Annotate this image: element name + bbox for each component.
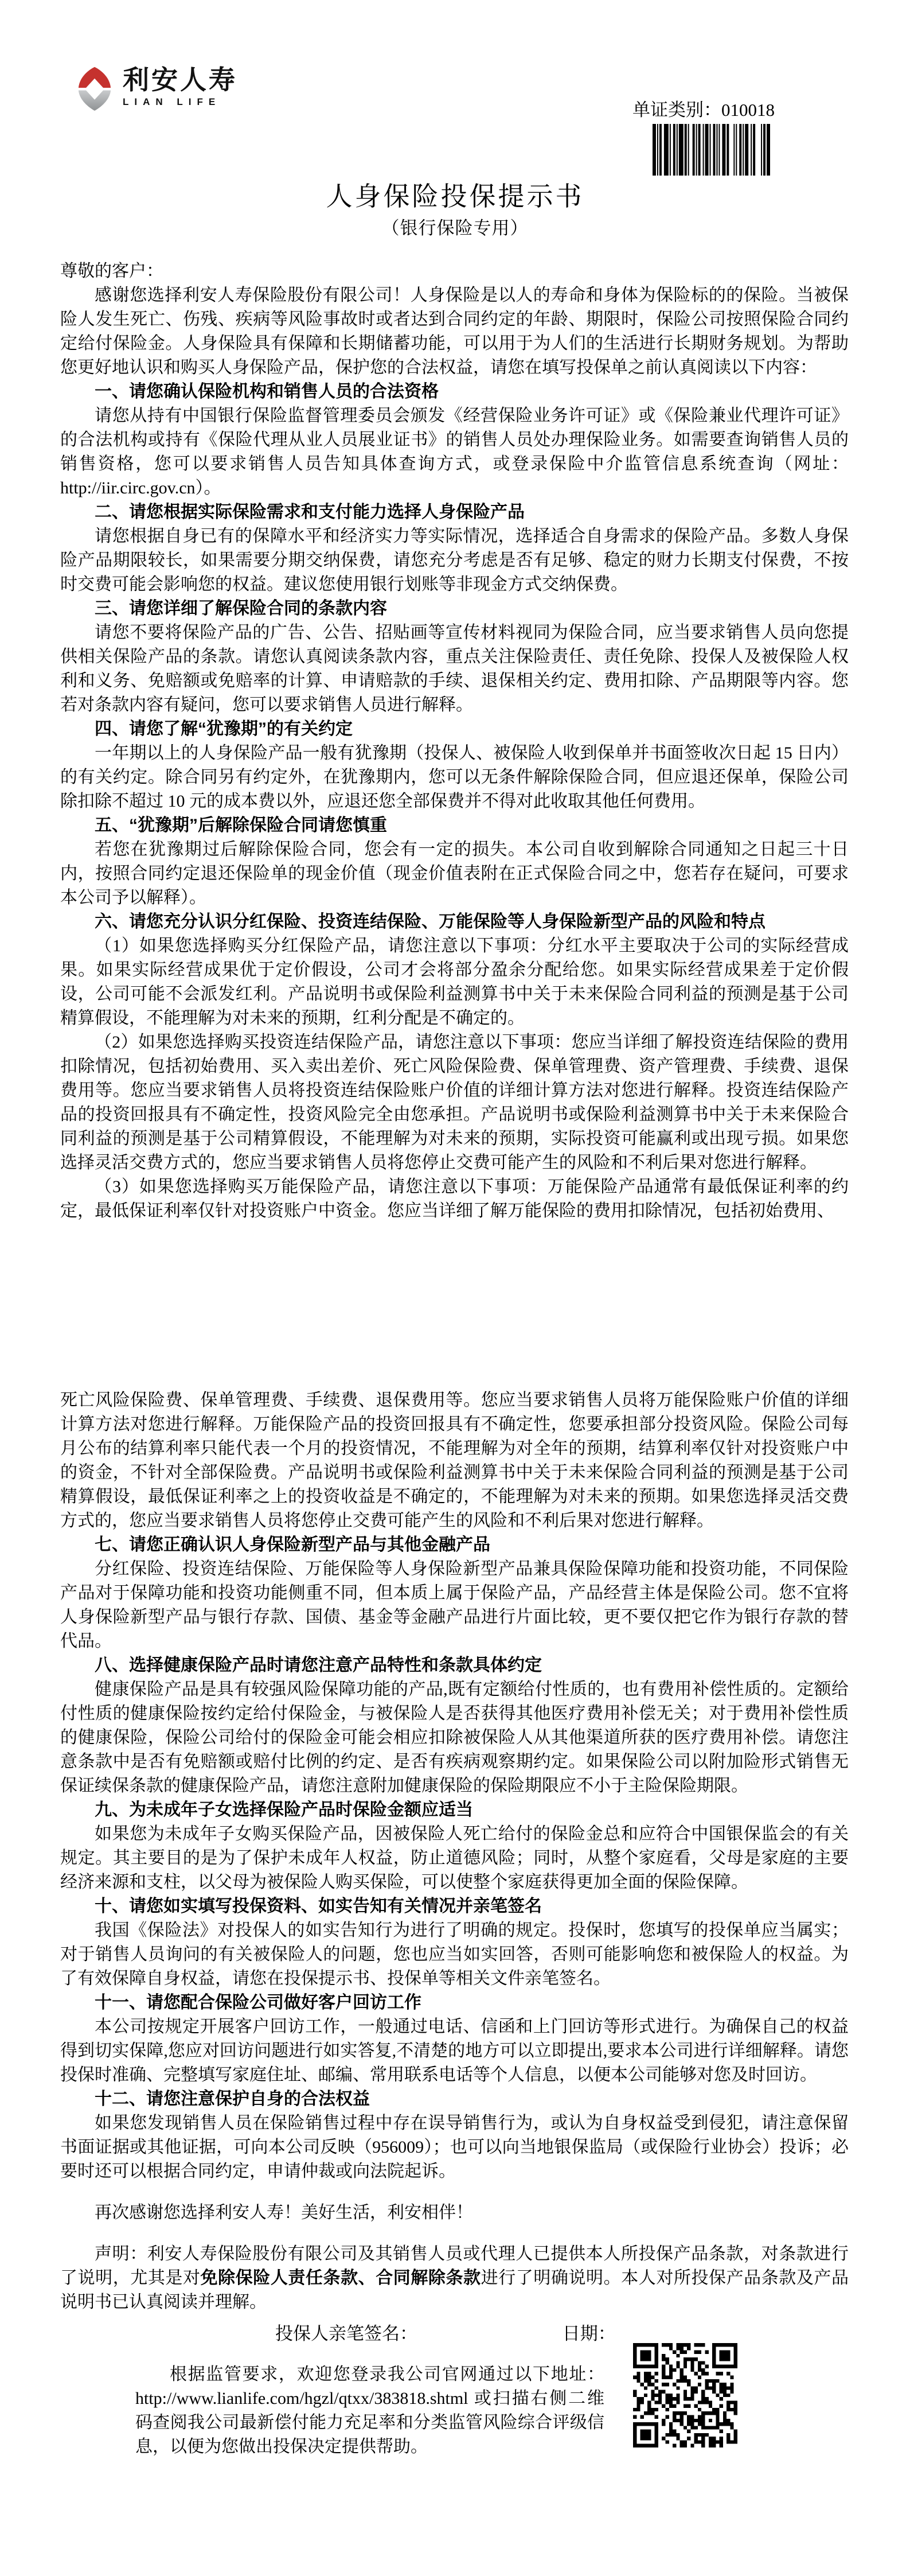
section-heading: 十、请您如实填写投保资料、如实告知有关情况并亲笔签名 <box>60 1894 849 1919</box>
paragraph: 死亡风险保险费、保单管理费、手续费、退保费用等。您应当要求销售人员将万能保险账户… <box>60 1388 849 1533</box>
paragraph: 我国《保险法》对投保人的如实告知行为进行了明确的规定。投保时，您填写的投保单应当… <box>60 1919 849 1991</box>
paragraph: 请您从持有中国银行保险监督管理委员会颁发《经营保险业务许可证》或《保险兼业代理许… <box>60 404 849 500</box>
section-heading: 十二、请您注意保护自身的合法权益 <box>60 2087 849 2111</box>
section-heading: 九、为未成年子女选择保险产品时保险金额应适当 <box>60 1798 849 1822</box>
section-heading: 三、请您详细了解保险合同的条款内容 <box>60 597 849 621</box>
paragraph: 若您在犹豫期过后解除保险合同，您会有一定的损失。本公司自收到解除合同通知之日起三… <box>60 838 849 910</box>
paragraph: 尊敬的客户： <box>60 259 849 283</box>
paragraph: 如果您为未成年子女购买保险产品，因被保险人死亡给付的保险金总和应符合中国银保监会… <box>60 1822 849 1894</box>
paragraph: 健康保险产品是具有较强风险保障功能的产品,既有定额给付性质的，也有费用补偿性质的… <box>60 1678 849 1798</box>
company-name-en: LIAN LIFE <box>123 96 237 108</box>
paragraph: （2）如果您选择购买投资连结保险产品，请您注意以下事项：您应当详细了解投资连结保… <box>60 1030 849 1175</box>
page-title: 人身保险投保提示书 <box>0 176 910 213</box>
paragraph: 再次感谢您选择利安人寿！美好生活，利安相伴！ <box>60 2201 849 2225</box>
company-logo: 利安人寿 LIAN LIFE <box>73 65 237 114</box>
section-heading: 五、“犹豫期”后解除保险合同请您慎重 <box>60 814 849 838</box>
section-heading: 六、请您充分认识分红保险、投资连结保险、万能保险等人身保险新型产品的风险和特点 <box>60 910 849 934</box>
paragraph: 本公司按规定开展客户回访工作，一般通过电话、信函和上门回访等形式进行。为确保自己… <box>60 2015 849 2087</box>
paragraph: （1）如果您选择购买分红保险产品，请您注意以下事项：分红水平主要取决于公司的实际… <box>60 934 849 1030</box>
regulatory-note: 根据监管要求，欢迎您登录我公司官网通过以下地址：http://www.lianl… <box>135 2363 604 2459</box>
document-footer: 投保人亲笔签名： 日期： 根据监管要求，欢迎您登录我公司官网通过以下地址：htt… <box>0 2313 910 2576</box>
paragraph: （3）如果您选择购买万能保险产品，请您注意以下事项：万能保险产品通常有最低保证利… <box>60 1175 849 1223</box>
declaration-bold-clause: 免除保险人责任条款、合同解除条款 <box>201 2268 481 2287</box>
declaration-paragraph: 声明：利安人寿保险股份有限公司及其销售人员或代理人已提供本人所投保产品条款，对条… <box>60 2242 849 2313</box>
document-body: 尊敬的客户：感谢您选择利安人寿保险股份有限公司！人身保险是以人的寿命和身体为保险… <box>60 259 849 2313</box>
paragraph: 如果您发现销售人员在保险销售过程中存在误导销售行为，或认为自身权益受到侵犯，请注… <box>60 2111 849 2184</box>
section-heading: 十一、请您配合保险公司做好客户回访工作 <box>60 1991 849 2015</box>
page-break-gap <box>60 2225 849 2242</box>
paragraph: 请您根据自身已有的保障水平和经济实力等实际情况，选择适合自身需求的保险产品。多数… <box>60 524 849 597</box>
section-heading: 四、请您了解“犹豫期”的有关约定 <box>60 717 849 741</box>
page-break-gap <box>60 1223 849 1388</box>
barcode <box>653 124 770 176</box>
date-label: 日期： <box>563 2324 616 2344</box>
paragraph: 感谢您选择利安人寿保险股份有限公司！人身保险是以人的寿命和身体为保险标的的保险。… <box>60 283 849 380</box>
company-logo-icon <box>73 65 116 114</box>
qr-code <box>633 2343 737 2447</box>
section-heading: 八、选择健康保险产品时请您注意产品特性和条款具体约定 <box>60 1653 849 1678</box>
paragraph: 分红保险、投资连结保险、万能保险等人身保险新型产品兼具保险保障功能和投资功能，不… <box>60 1557 849 1653</box>
signature-row: 投保人亲笔签名： 日期： <box>275 2319 616 2345</box>
policyholder-signature-label: 投保人亲笔签名： <box>275 2324 417 2344</box>
paragraph: 一年期以上的人身保险产品一般有犹豫期（投保人、被保险人收到保单并书面签收次日起 … <box>60 741 849 814</box>
section-heading: 一、请您确认保险机构和销售人员的合法资格 <box>60 380 849 404</box>
section-heading: 二、请您根据实际保险需求和支付能力选择人身保险产品 <box>60 500 849 524</box>
company-logo-text: 利安人寿 LIAN LIFE <box>123 65 237 108</box>
section-heading: 七、请您正确认识人身保险新型产品与其他金融产品 <box>60 1533 849 1557</box>
page-subtitle: （银行保险专用） <box>0 213 910 239</box>
page-break-gap <box>60 2184 849 2201</box>
document-page: 利安人寿 LIAN LIFE 单证类别：010018 人身保险投保提示书 （银行… <box>0 0 910 2576</box>
paragraph: 请您不要将保险产品的广告、公告、招贴画等宣传材料视同为保险合同，应当要求销售人员… <box>60 621 849 717</box>
doc-type-label: 单证类别：010018 <box>632 95 775 121</box>
company-name-cn: 利安人寿 <box>123 65 237 95</box>
